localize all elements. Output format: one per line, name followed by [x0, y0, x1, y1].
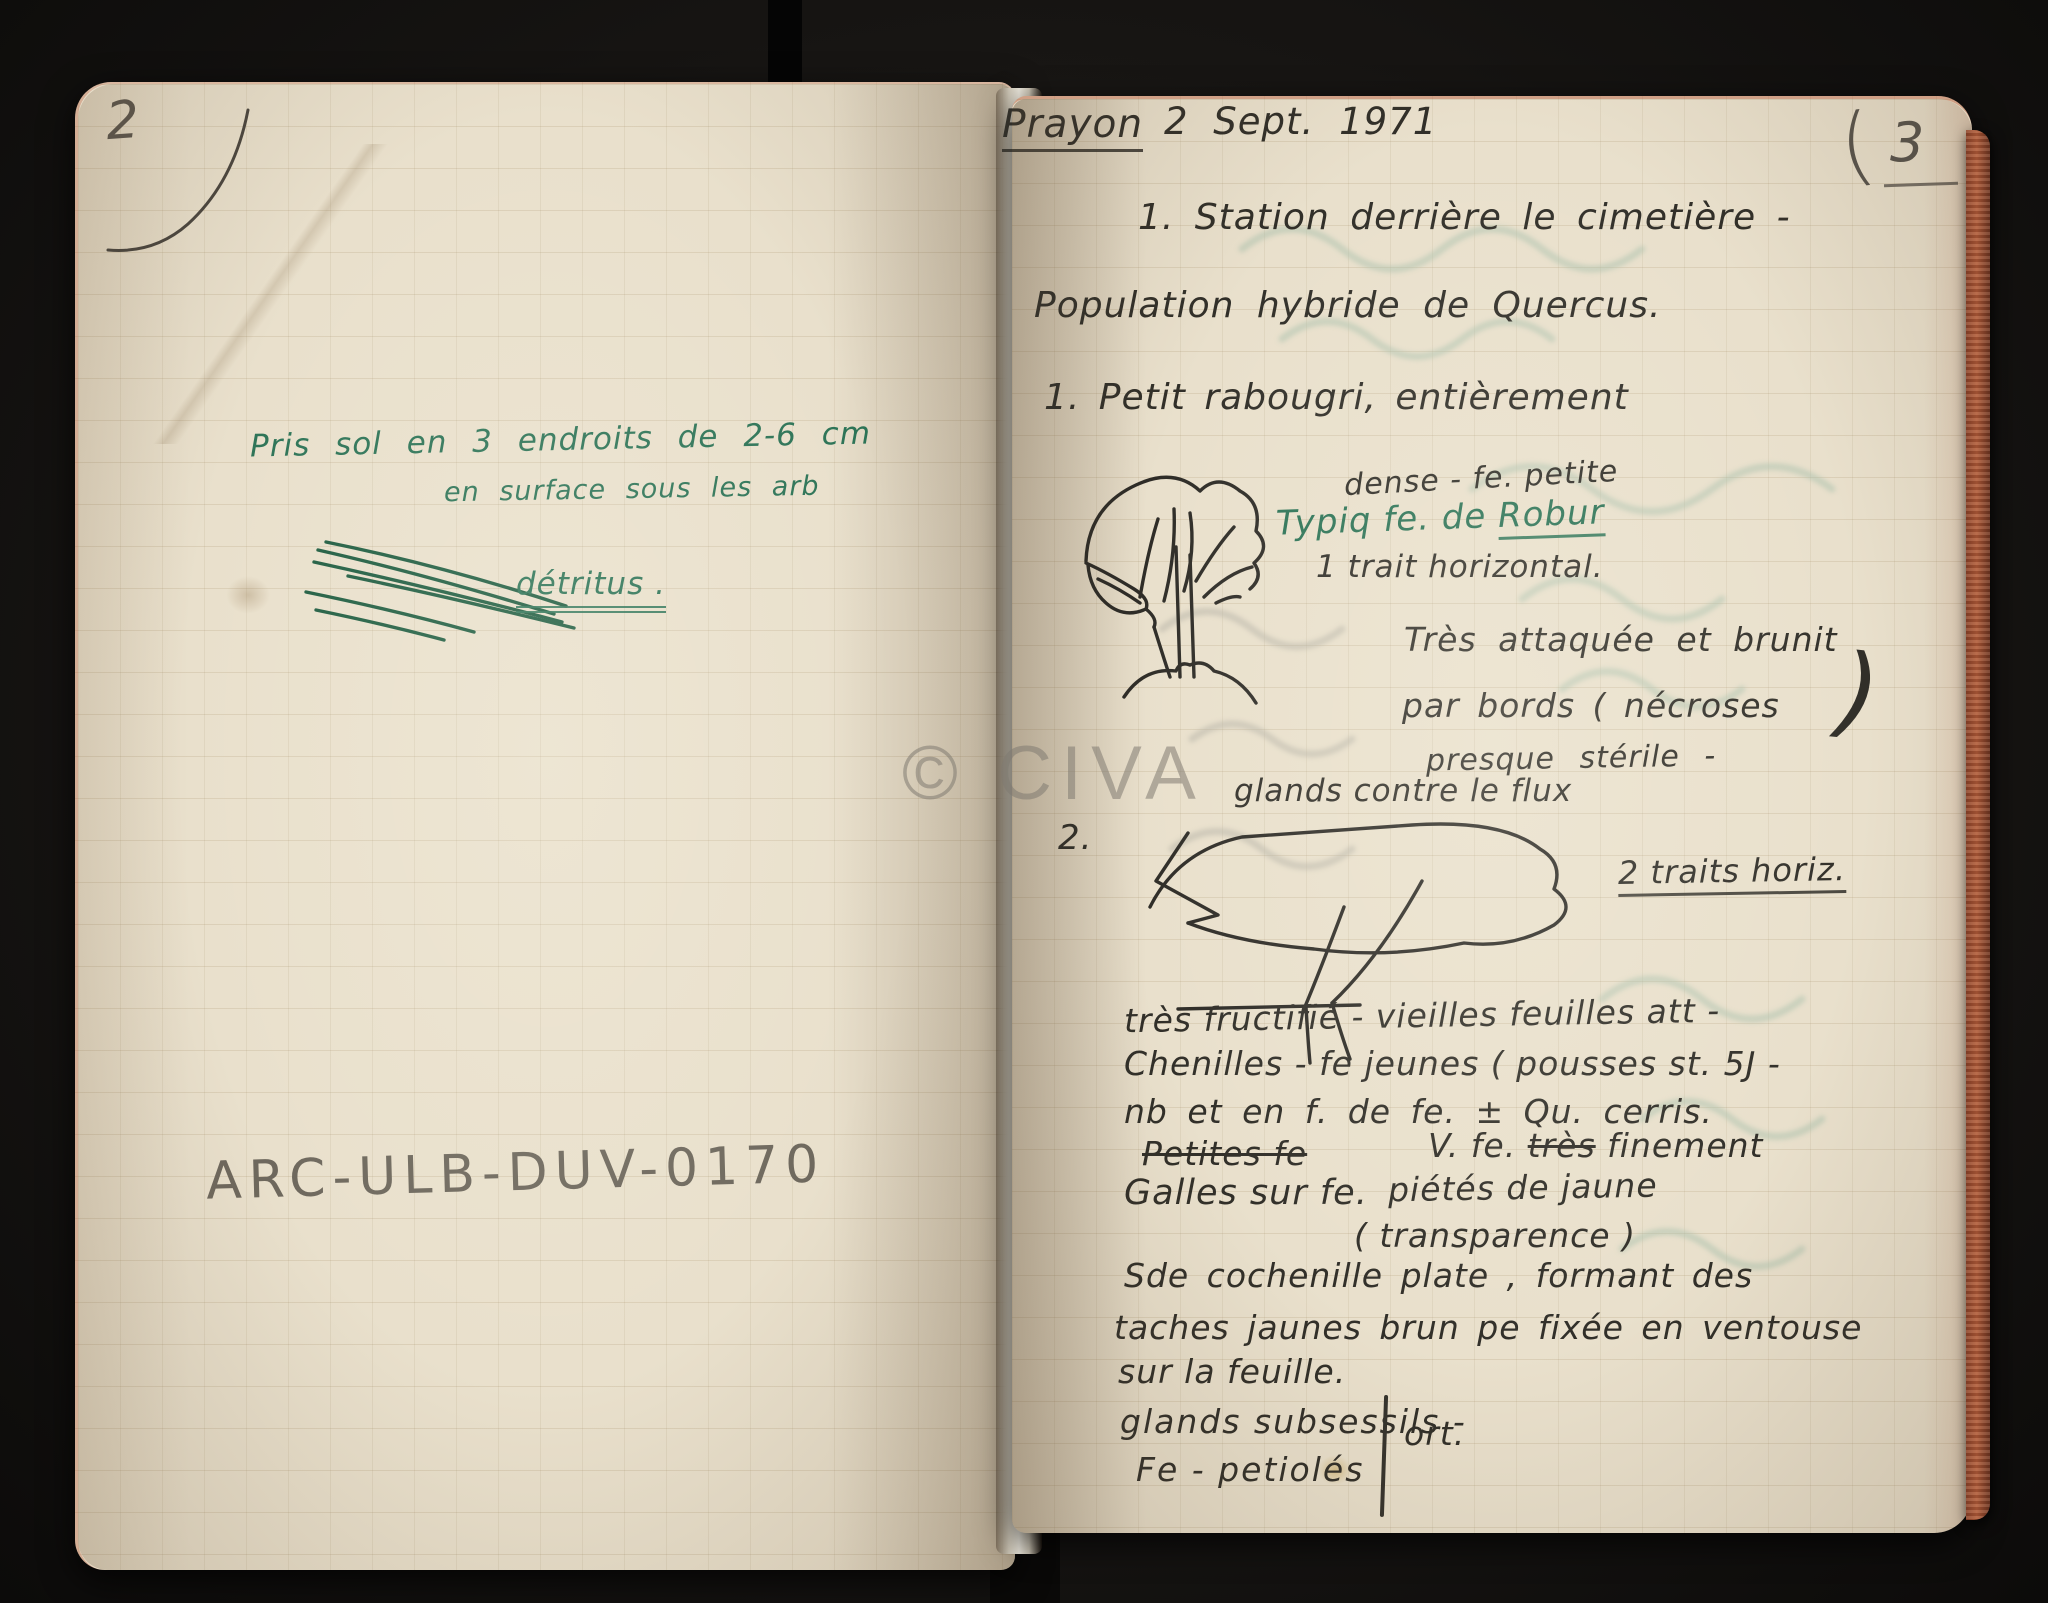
note-petites: Petites fe [1142, 1137, 1341, 1172]
sketch2-caption: 2 traits horiz. [1618, 853, 1847, 897]
note-feuille: sur la feuille. [1118, 1355, 1346, 1390]
note-pietes: piétés de jaune [1388, 1169, 1658, 1208]
note-taches: taches jaunes brun pe fixée en ventouse [1114, 1311, 1862, 1346]
note-ort: ort. [1404, 1417, 1465, 1452]
note-typiq: Typiq fe. de Robur [1275, 495, 1605, 547]
page-edge-stack [1966, 130, 1990, 1520]
note-attack-3: presque stérile - [1426, 740, 1717, 777]
note-station: 1. Station derrière le cimetière - [1138, 199, 1791, 237]
notebook-photo: 2 Pris sol en 3 endroits de 2-6 cm en su… [0, 0, 2048, 1603]
archive-reference: ARC-ULB-DUV-0170 [205, 1137, 826, 1209]
field-note-detritus: détritus . [516, 568, 666, 601]
sketch2-label: 2. [1058, 821, 1092, 857]
note-attack-2: par bords ( nécroses [1402, 689, 1780, 724]
note-trait: 1 trait horizontal. [1316, 551, 1604, 584]
page-number-underline [1884, 182, 1958, 188]
tree-sketch-1 [1028, 451, 1284, 727]
note-chenilles: Chenilles - fe jeunes ( pousses st. 5J - [1124, 1047, 1781, 1082]
paper-stain [226, 576, 270, 614]
header-place: Prayon [1002, 105, 1143, 152]
page-number: 3 [1890, 115, 1925, 172]
note-transparence: ( transparence ) [1354, 1219, 1636, 1254]
note-attack-1: Très attaquée et brunit [1404, 623, 1838, 658]
page-number-paren: ( [1834, 99, 1881, 193]
page-number: 2 [104, 93, 142, 150]
note-cerris: nb et en f. de fe. ± Qu. cerris. [1124, 1095, 1713, 1130]
note-v-fe: V. fe. très finement [1428, 1129, 1763, 1164]
note-petioles: Fe - petiolés [1136, 1453, 1364, 1488]
note-population: Population hybride de Quercus. [1034, 287, 1661, 325]
note-cochenille: Sde cochenille plate , formant des [1124, 1259, 1753, 1294]
note-petit: 1. Petit rabougri, entièrement [1044, 379, 1629, 417]
note-galles: Galles sur fe. [1124, 1175, 1368, 1212]
header-date: 2 Sept. 1971 [1164, 103, 1437, 142]
note-attack-4: glands contre le flux [1234, 775, 1572, 808]
note-fructifie: très fructifié - vieilles feuilles att - [1124, 994, 1721, 1039]
left-page: 2 Pris sol en 3 endroits de 2-6 cm en su… [75, 82, 1015, 1570]
field-note-line1: Pris sol en 3 endroits de 2-6 cm [250, 418, 872, 464]
watermark: © CIVA [902, 730, 1205, 817]
field-note-line2: en surface sous les arb [444, 473, 820, 508]
closing-paren: ) [1835, 637, 1886, 746]
